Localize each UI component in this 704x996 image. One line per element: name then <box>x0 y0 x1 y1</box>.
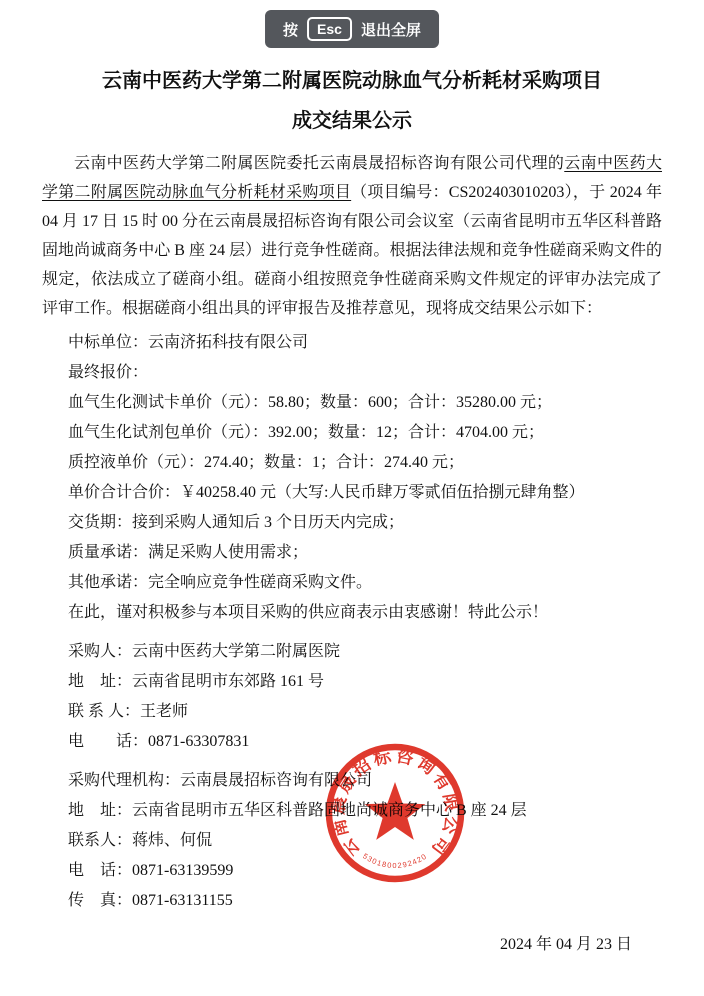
intro-text-after: （项目编号：CS202403010203），于 2024 年 04 月 17 日… <box>42 184 662 317</box>
result-details: 中标单位：云南济拓科技有限公司 最终报价： 血气生化测试卡单价（元）：58.80… <box>42 328 662 628</box>
document-title-line2: 成交结果公示 <box>42 106 662 136</box>
total-price-line: 单价合计合价：￥40258.40 元（大写:人民币肆万零贰佰伍拾捌元肆角整） <box>42 478 662 508</box>
agency-fax-line: 传 真：0871-63131155 <box>42 886 662 916</box>
company-seal: 云南晨晟招标咨询有限公司 5301800292420 <box>320 738 470 888</box>
final-quote-label: 最终报价： <box>42 358 662 388</box>
document-page: 按 Esc 退出全屏 云南中医药大学第二附属医院动脉血气分析耗材采购项目 成交结… <box>0 0 704 996</box>
thanks-line: 在此，谨对积极参与本项目采购的供应商表示由衷感谢！特此公示！ <box>42 598 662 628</box>
banner-exit-label: 退出全屏 <box>361 19 421 40</box>
announcement-date: 2024 年 04 月 23 日 <box>42 930 662 960</box>
purchaser-address-line: 地 址：云南省昆明市东郊路 161 号 <box>42 667 662 697</box>
item-reagent-pack-line: 血气生化试剂包单价（元）：392.00；数量：12；合计：4704.00 元； <box>42 418 662 448</box>
purchaser-name-line: 采购人：云南中医药大学第二附属医院 <box>42 637 662 667</box>
seal-registration-number: 5301800292420 <box>361 851 429 870</box>
intro-paragraph: 云南中医药大学第二附属医院委托云南晨晟招标咨询有限公司代理的云南中医药大学第二附… <box>42 149 662 323</box>
fullscreen-exit-banner: 按 Esc 退出全屏 <box>265 10 439 48</box>
svg-text:5301800292420: 5301800292420 <box>361 851 429 870</box>
delivery-term-line: 交货期：接到采购人通知后 3 个日历天内完成； <box>42 508 662 538</box>
intro-text-before: 云南中医药大学第二附属医院委托云南晨晟招标咨询有限公司代理的 <box>74 155 564 172</box>
purchaser-contact-line: 联 系 人：王老师 <box>42 697 662 727</box>
seal-star-icon <box>365 782 426 840</box>
winning-bidder-line: 中标单位：云南济拓科技有限公司 <box>42 328 662 358</box>
banner-press-label: 按 <box>283 19 298 40</box>
item-qc-liquid-line: 质控液单价（元）：274.40；数量：1；合计：274.40 元； <box>42 448 662 478</box>
other-promise-line: 其他承诺：完全响应竞争性磋商采购文件。 <box>42 568 662 598</box>
item-test-card-line: 血气生化测试卡单价（元）：58.80；数量：600；合计：35280.00 元； <box>42 388 662 418</box>
esc-key-badge: Esc <box>307 17 352 41</box>
document-title-line1: 云南中医药大学第二附属医院动脉血气分析耗材采购项目 <box>42 66 662 96</box>
quality-promise-line: 质量承诺：满足采购人使用需求； <box>42 538 662 568</box>
